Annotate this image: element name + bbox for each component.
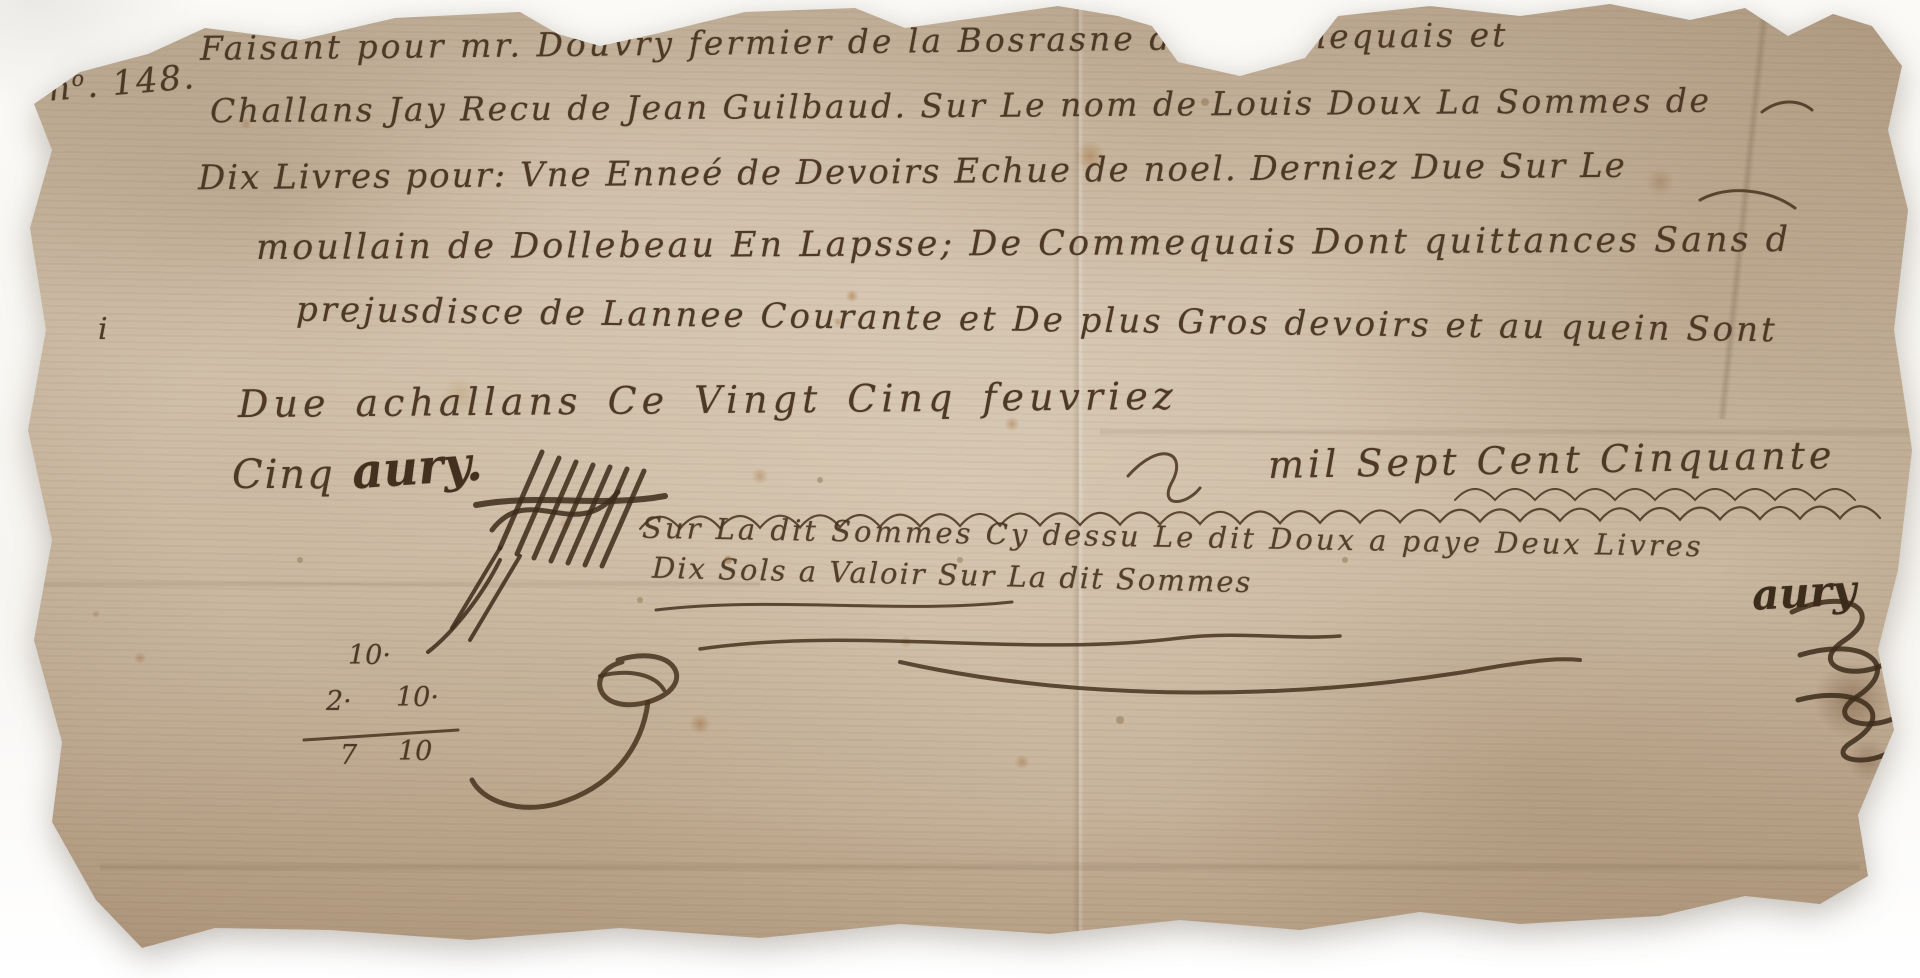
manuscript-line-5: prejusdisce de Lannee Courante et De plu… xyxy=(296,290,1778,351)
paper-torn-sheet: no. 148. i Faisant pour mr. Douvry fermi… xyxy=(0,0,1920,978)
manuscript-line-4: moullain de Dollebeau En Lapsse; De Comm… xyxy=(256,220,1791,268)
manuscript-paper: no. 148. i Faisant pour mr. Douvry fermi… xyxy=(0,0,1920,978)
addendum-underline-1 xyxy=(656,602,1012,610)
arithmetic-result-livres: 7 xyxy=(340,740,357,771)
scanned-document-page: no. 148. i Faisant pour mr. Douvry fermi… xyxy=(0,0,1920,978)
addendum-underline-3 xyxy=(900,659,1580,692)
addendum-line-2: Dix Sols a Valoir Sur La dit Sommes xyxy=(652,551,1253,600)
arithmetic-result-sols: 10 xyxy=(398,736,432,767)
arithmetic-subtrahend-livres: 2· xyxy=(326,686,352,717)
margin-document-number: no. 148. xyxy=(46,56,197,110)
addendum-underline-2 xyxy=(700,635,1340,649)
margin-mark: i xyxy=(98,312,108,347)
line3-tail-swash xyxy=(1700,191,1795,208)
arithmetic-rule xyxy=(304,730,458,740)
margin-number-prefix: n xyxy=(47,68,74,110)
addendum-signature-aury: aury xyxy=(1751,565,1858,619)
cipher-flourish xyxy=(472,656,677,808)
manuscript-line-year-end: Cinq xyxy=(232,452,335,498)
garland-flourish-upper xyxy=(1455,489,1855,500)
manuscript-line-2: Challans Jay Recu de Jean Guilbaud. Sur … xyxy=(210,81,1712,130)
signature-paraph xyxy=(1792,601,1905,760)
manuscript-line-3: Dix Livres pour: Vne Enneé de Devoirs Ec… xyxy=(198,146,1627,198)
horizontal-crease-left xyxy=(0,580,760,588)
margin-number-superscript: o xyxy=(70,65,87,91)
top-right-fold-crease xyxy=(1717,0,1773,419)
vertical-fold-crease xyxy=(1072,0,1084,978)
line2-tail-swash xyxy=(1762,102,1812,112)
arithmetic-subtrahend-sols: 10· xyxy=(396,682,439,713)
inline-signature-aury: aury. xyxy=(350,436,484,501)
manuscript-line-6-date: Due achallans Ce Vingt Cinq feuvriez xyxy=(238,374,1178,426)
manuscript-line-year: mil Sept Cent Cinquante xyxy=(1268,433,1836,487)
manuscript-line-1: Faisant pour mr. Douvry fermier de la Bo… xyxy=(200,15,1509,68)
margin-number-rest: . 148. xyxy=(85,57,197,106)
arithmetic-minuend: 10· xyxy=(348,640,391,671)
connector-squiggle xyxy=(1128,454,1200,502)
bottom-crease xyxy=(100,862,1860,872)
